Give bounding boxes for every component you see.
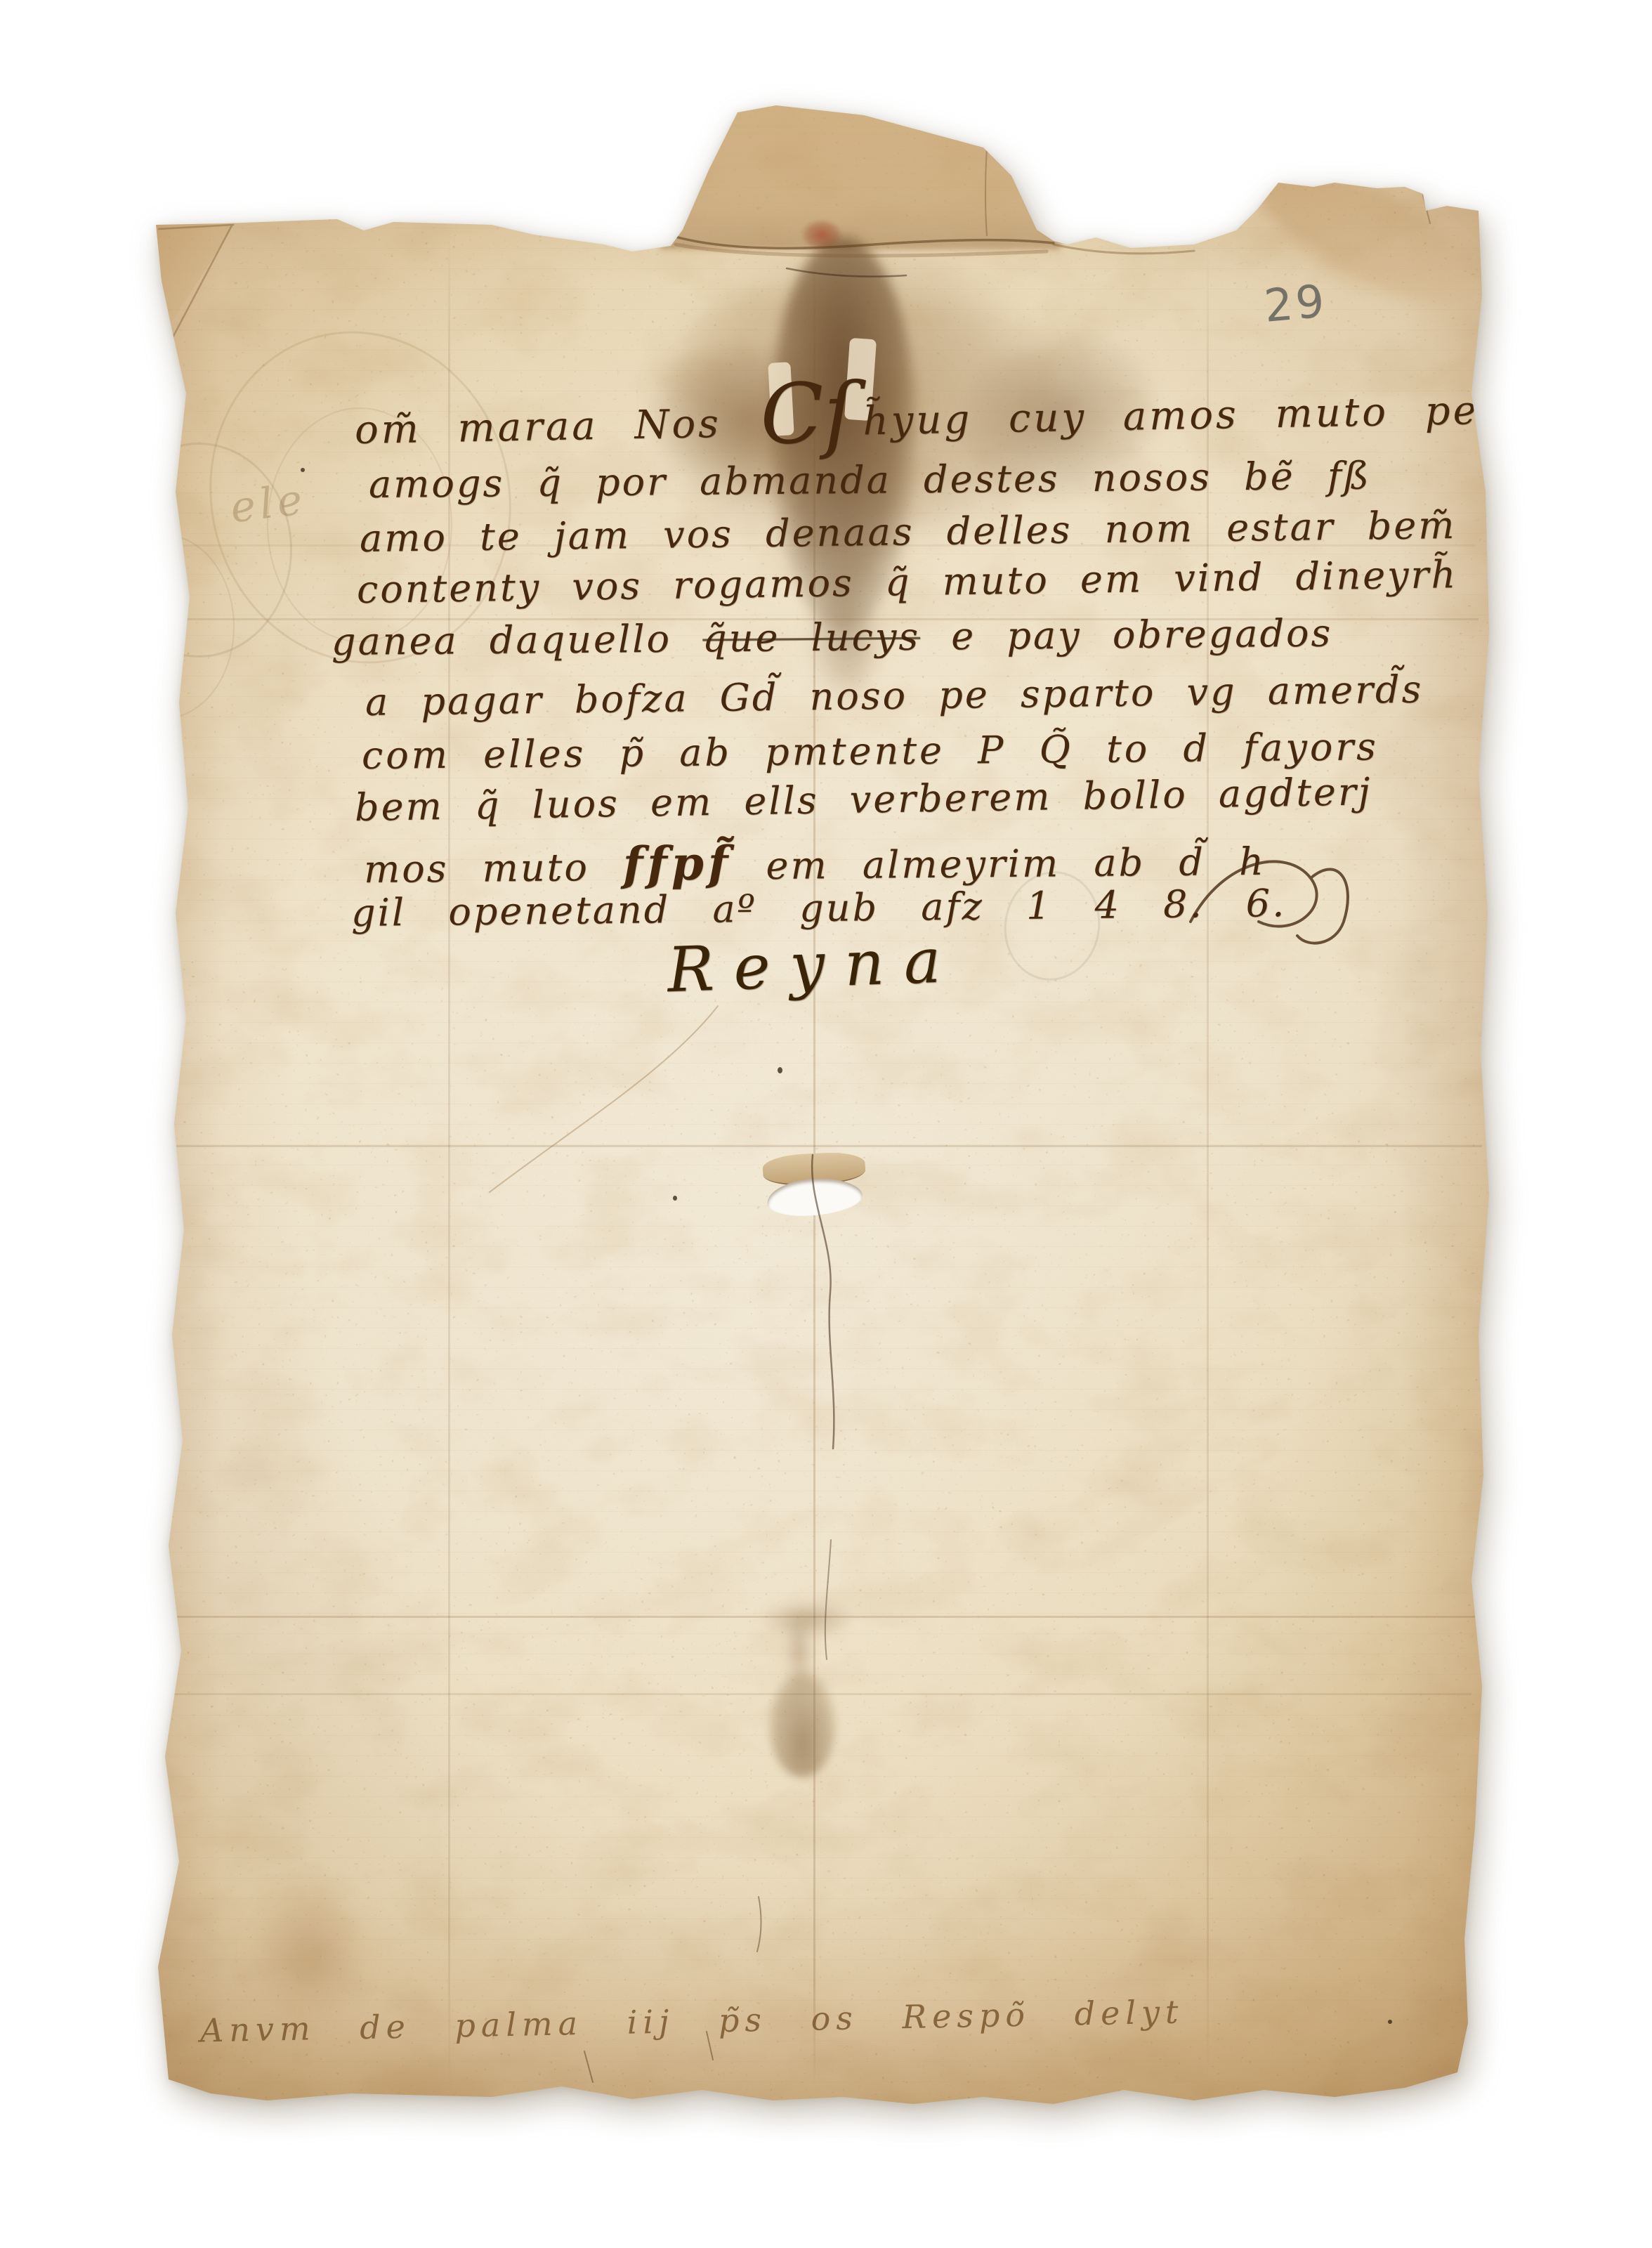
manuscript-line-part: mos muto — [364, 845, 623, 891]
manuscript-line-part: q̃ue lucys — [702, 615, 921, 661]
manuscript-line-part: ganea daquello — [332, 616, 703, 664]
manuscript-line-part: ffpf̃ — [623, 835, 733, 891]
scan-background: om̃ maraa Nos Cſh̃yug cuy amos muto pend… — [0, 0, 1652, 2248]
manuscript-line-part: bem q̃ luos em ells verberem bollo agdte… — [355, 769, 1372, 830]
manuscript-line: amogs q̃ por abmanda destes nosos bẽ fß — [369, 454, 1371, 507]
queen-signature: Reyna — [666, 924, 962, 1006]
manuscript-line-part: com elles p̃ ab pmtente P Q̃ to d fayors — [362, 724, 1379, 778]
margin-showthrough-text: ele — [228, 475, 309, 533]
manuscript-line: bem q̃ luos em ells verberem bollo agdte… — [355, 769, 1372, 830]
archive-number-pencil: 29 — [1262, 275, 1330, 333]
manuscript-line-part: amo te jam vos denaas delles nom estar b… — [360, 503, 1457, 561]
manuscript-line: a pagar bofza Gd̃ noso pe sparto vg amer… — [365, 667, 1424, 724]
manuscript-line-part: em almeyrim ab d̃ h — [732, 839, 1266, 889]
manuscript-line: com elles p̃ ab pmtente P Q̃ to d fayors — [362, 724, 1379, 778]
paper-shadow: om̃ maraa Nos Cſh̃yug cuy amos muto pend… — [140, 105, 1496, 2115]
manuscript-line-part: Cſ — [760, 413, 854, 414]
manuscript-line-part: amogs q̃ por abmanda destes nosos bẽ fß — [369, 454, 1371, 507]
manuscript-line-part: gil openetand aº gub afz 1 4 8. 6. — [351, 881, 1287, 935]
manuscript-paper: om̃ maraa Nos Cſh̃yug cuy amos muto pend… — [140, 105, 1496, 2115]
manuscript-line-part: h̃yug cuy amos muto pendar — [863, 386, 1583, 444]
manuscript-line-part: om̃ maraa Nos — [354, 400, 758, 453]
manuscript-line-part: e pay obregados — [920, 611, 1333, 659]
manuscript-line-part: contenty vos rogamos q̃ muto em vind din… — [357, 552, 1458, 612]
manuscript-line: om̃ maraa Nos Cſh̃yug cuy amos muto pend… — [354, 386, 1583, 453]
manuscript-line-part: a pagar bofza Gd̃ noso pe sparto vg amer… — [365, 667, 1424, 724]
manuscript-line: contenty vos rogamos q̃ muto em vind din… — [357, 552, 1458, 612]
manuscript-line: ganea daquello q̃ue lucys e pay obregado… — [332, 611, 1333, 664]
manuscript-text-layer: om̃ maraa Nos Cſh̃yug cuy amos muto pend… — [140, 105, 1496, 2115]
manuscript-line: amo te jam vos denaas delles nom estar b… — [360, 503, 1457, 561]
manuscript-line: gil openetand aº gub afz 1 4 8. 6. — [351, 881, 1287, 935]
